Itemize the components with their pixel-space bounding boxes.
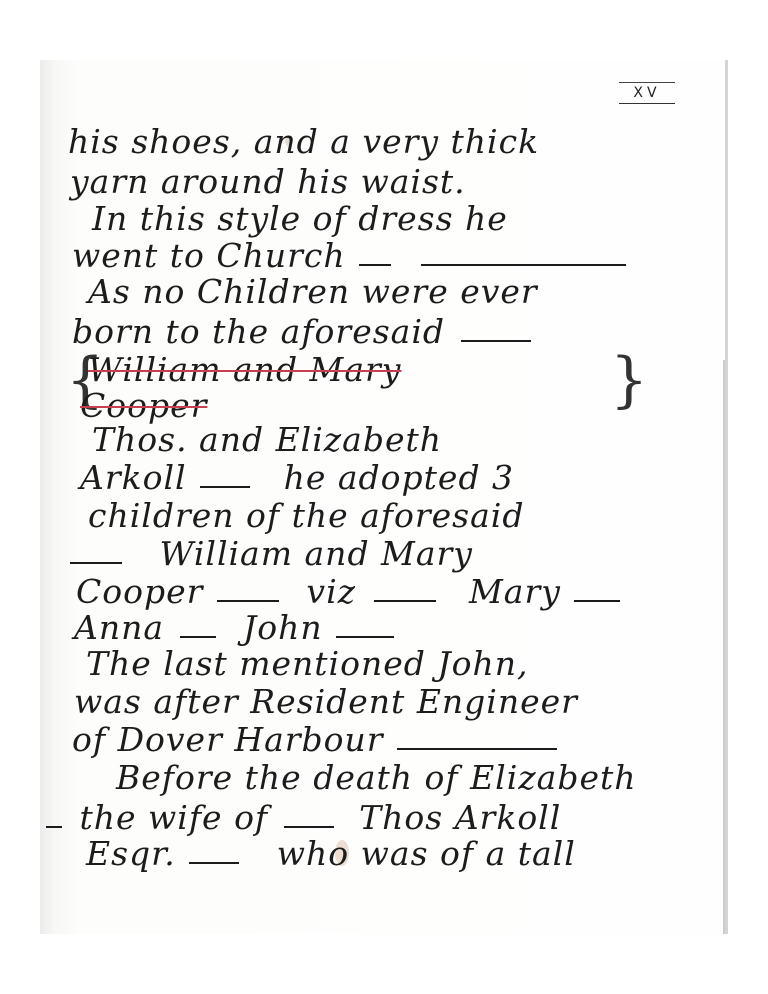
dash-line xyxy=(336,636,394,638)
dash-line xyxy=(574,600,620,602)
dash-line xyxy=(200,486,250,488)
dash-line xyxy=(189,862,239,864)
line-text: his shoes, and a very thick xyxy=(68,120,539,164)
handwritten-line: As no Children were ever xyxy=(0,270,768,314)
page-number: XV xyxy=(619,82,675,104)
dash-line xyxy=(461,340,531,342)
line-text: Before the death of Elizabeth xyxy=(116,756,637,800)
dash-line xyxy=(397,748,557,750)
dash-line xyxy=(421,264,626,266)
handwritten-line: Before the death of Elizabeth xyxy=(0,756,768,800)
dash-line xyxy=(180,636,216,638)
dash-line xyxy=(374,600,436,602)
dash-line xyxy=(284,826,334,828)
line-text: As no Children were ever xyxy=(88,270,538,314)
handwritten-line: his shoes, and a very thick xyxy=(0,120,768,164)
handwritten-line: Esqr. who was of a tall xyxy=(0,832,768,876)
dash-line xyxy=(217,600,279,602)
dash-line xyxy=(359,264,391,266)
line-text: Esqr. xyxy=(86,832,176,876)
dash-line xyxy=(46,826,62,828)
dash-line xyxy=(70,562,122,564)
line-text: who was of a tall xyxy=(277,832,576,876)
